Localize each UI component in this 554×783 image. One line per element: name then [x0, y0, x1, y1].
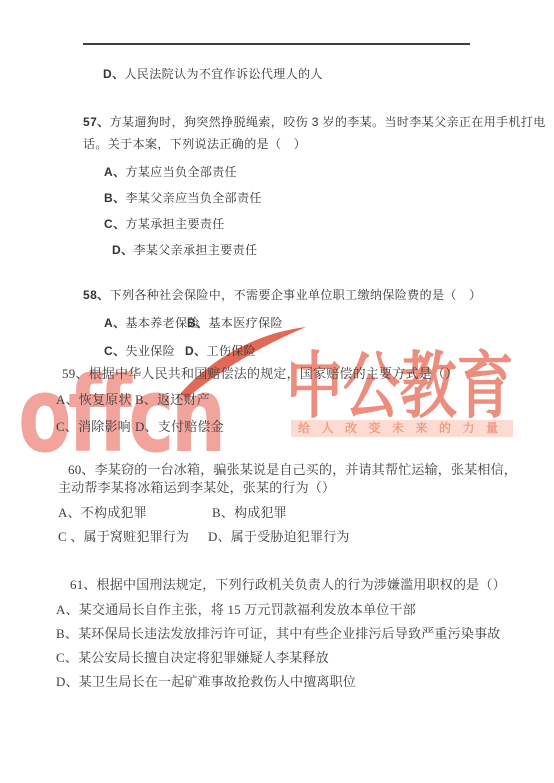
question-text: 方某遛狗时，狗突然挣脱绳索，咬伤 3 岁的李某。当时李某父亲正在用手机打电	[110, 115, 546, 129]
question-61-line1: 61、根据中国刑法规定，下列行政机关负责人的行为涉嫌滥用职权的是（）	[70, 577, 506, 593]
option-60-a: A、不构成犯罪	[58, 505, 147, 520]
question-number: 58、	[83, 288, 110, 302]
option-text: 李某父亲应当负全部责任	[125, 191, 261, 205]
option-57-d: D、李某父亲承担主要责任	[112, 243, 257, 258]
question-59-line1: 59、根据中华人民共和国赔偿法的规定，国家赔偿的主要方式是（）	[62, 366, 458, 382]
option-58-d: D、工伤保险	[185, 344, 256, 359]
options-60-row1: A、不构成犯罪 B、构成犯罪	[58, 505, 147, 521]
option-letter: C、	[56, 419, 78, 434]
option-57-a: A、方某应当负全部责任	[104, 165, 237, 180]
question-number: 61、	[70, 577, 97, 592]
option-letter: D、	[56, 674, 79, 689]
options-60-row2: C 、属于窝赃犯罪行为 D、属于受胁迫犯罪行为	[58, 529, 189, 545]
question-60-line1: 60、李某窃的一台冰箱，骗张某说是自己买的，并请其帮忙运输，张某相信，	[68, 462, 517, 478]
options-58-row2: C、失业保险 D、工伤保险	[104, 344, 175, 359]
option-letter: D、	[112, 243, 133, 257]
question-number: 60、	[68, 462, 95, 477]
option-text: 不构成犯罪	[81, 505, 147, 520]
option-text: 返还财产	[157, 392, 210, 407]
option-letter: B、	[212, 505, 234, 520]
option-letter: D、	[135, 419, 158, 434]
options-58-row1: A、基本养老保险 B、基本医疗保险	[104, 316, 200, 331]
question-text: 根据中国刑法规定，下列行政机关负责人的行为涉嫌滥用职权的是（）	[97, 577, 506, 592]
option-letter: A、	[58, 505, 81, 520]
option-61-d: D、某卫生局长在一起矿难事故抢救伤人中擅离职位	[56, 674, 356, 690]
option-letter: B、	[187, 316, 208, 330]
option-text: 某卫生局长在一起矿难事故抢救伤人中擅离职位	[79, 674, 356, 689]
option-text: 失业保险	[125, 344, 175, 358]
option-59-b: B、返还财产	[135, 392, 210, 408]
option-61-c: C、某公安局长擅自决定将犯罪嫌疑人李某释放	[56, 650, 329, 666]
question-text: 根据中华人民共和国赔偿法的规定，国家赔偿的主要方式是（）	[89, 366, 459, 381]
options-59-row1: A、恢复原状 B、返还财产	[56, 392, 132, 408]
option-59-c: C、消除影响	[56, 419, 131, 434]
option-letter: C、	[56, 650, 78, 665]
option-text: 人民法院认为不宜作诉讼代理人的人	[124, 67, 322, 81]
section-divider	[83, 43, 470, 45]
option-text: 属于受胁迫犯罪行为	[231, 529, 350, 544]
option-61-b: B、某环保局长违法发放排污许可证，其中有些企业排污后导致严重污染事故	[56, 626, 500, 642]
option-60-c: C 、属于窝赃犯罪行为	[58, 529, 189, 544]
option-59-a: A、恢复原状	[56, 392, 132, 407]
question-57-line1: 57、方某遛狗时，狗突然挣脱绳索，咬伤 3 岁的李某。当时李某父亲正在用手机打电	[83, 115, 546, 130]
option-letter: D、	[208, 529, 231, 544]
question-number: 57、	[83, 115, 110, 129]
option-text: 属于窝赃犯罪行为	[84, 529, 190, 544]
option-58-b: B、基本医疗保险	[187, 316, 283, 331]
option-letter: A、	[104, 165, 125, 179]
question-text: 下列各种社会保险中，不需要企事业单位职工缴纳保险费的是（ ）	[110, 288, 482, 302]
option-58-a: A、基本养老保险	[104, 316, 200, 330]
option-letter: A、	[104, 316, 125, 330]
option-text: 基本医疗保险	[208, 316, 282, 330]
option-text: 李某父亲承担主要责任	[133, 243, 257, 257]
option-text: 消除影响	[78, 419, 131, 434]
option-58-c: C、失业保险	[104, 344, 175, 358]
question-57-line2: 话。关于本案，下列说法正确的是（ ）	[83, 137, 306, 152]
question-58-line1: 58、下列各种社会保险中，不需要企事业单位职工缴纳保险费的是（ ）	[83, 288, 482, 303]
option-text: 工伤保险	[206, 344, 256, 358]
option-57-c: C、方某承担主要责任	[104, 217, 225, 232]
option-letter: A、	[56, 392, 79, 407]
option-59-d: D、支付赔偿金	[135, 419, 224, 435]
option-61-a: A、某交通局长自作主张，将 15 万元罚款福利发放本单位干部	[56, 602, 416, 618]
option-text: 支付赔偿金	[158, 419, 224, 434]
question-text: 李某窃的一台冰箱，骗张某说是自己买的，并请其帮忙运输，张某相信，	[95, 462, 517, 477]
option-letter: A、	[56, 602, 79, 617]
option-text: 方某应当负全部责任	[125, 165, 237, 179]
option-letter: C、	[104, 344, 125, 358]
option-text: 某公安局长擅自决定将犯罪嫌疑人李某释放	[78, 650, 329, 665]
option-57-b: B、李某父亲应当负全部责任	[104, 191, 262, 206]
option-letter: C 、	[58, 529, 84, 544]
option-60-b: B、构成犯罪	[212, 505, 287, 521]
options-59-row2: C、消除影响 D、支付赔偿金	[56, 419, 131, 435]
question-text: 话。关于本案，下列说法正确的是（ ）	[83, 137, 306, 151]
option-text: 方某承担主要责任	[125, 217, 224, 231]
option-60-d: D、属于受胁迫犯罪行为	[208, 529, 350, 545]
option-letter: D、	[103, 67, 124, 81]
option-letter: B、	[135, 392, 157, 407]
option-text: 某交通局长自作主张，将 15 万元罚款福利发放本单位干部	[79, 602, 416, 617]
exam-content: D、人民法院认为不宜作诉讼代理人的人 57、方某遛狗时，狗突然挣脱绳索，咬伤 3…	[0, 0, 554, 783]
question-number: 59、	[62, 366, 89, 381]
question-60-line2: 主动帮李某将冰箱运到李某处，张某的行为（）	[58, 480, 335, 496]
option-letter: B、	[104, 191, 125, 205]
option-text: 构成犯罪	[234, 505, 287, 520]
option-letter: B、	[56, 626, 78, 641]
question-text: 主动帮李某将冰箱运到李某处，张某的行为（）	[58, 480, 335, 495]
option-text: 恢复原状	[79, 392, 132, 407]
option-letter: C、	[104, 217, 125, 231]
option-56-d: D、人民法院认为不宜作诉讼代理人的人	[103, 67, 323, 82]
document-page: offcn 给人改变未来的力量 中公教育 D、人民法院认为不宜作诉讼代理人的人 …	[0, 0, 554, 783]
option-letter: D、	[185, 344, 206, 358]
option-text: 某环保局长违法发放排污许可证，其中有些企业排污后导致严重污染事故	[78, 626, 500, 641]
